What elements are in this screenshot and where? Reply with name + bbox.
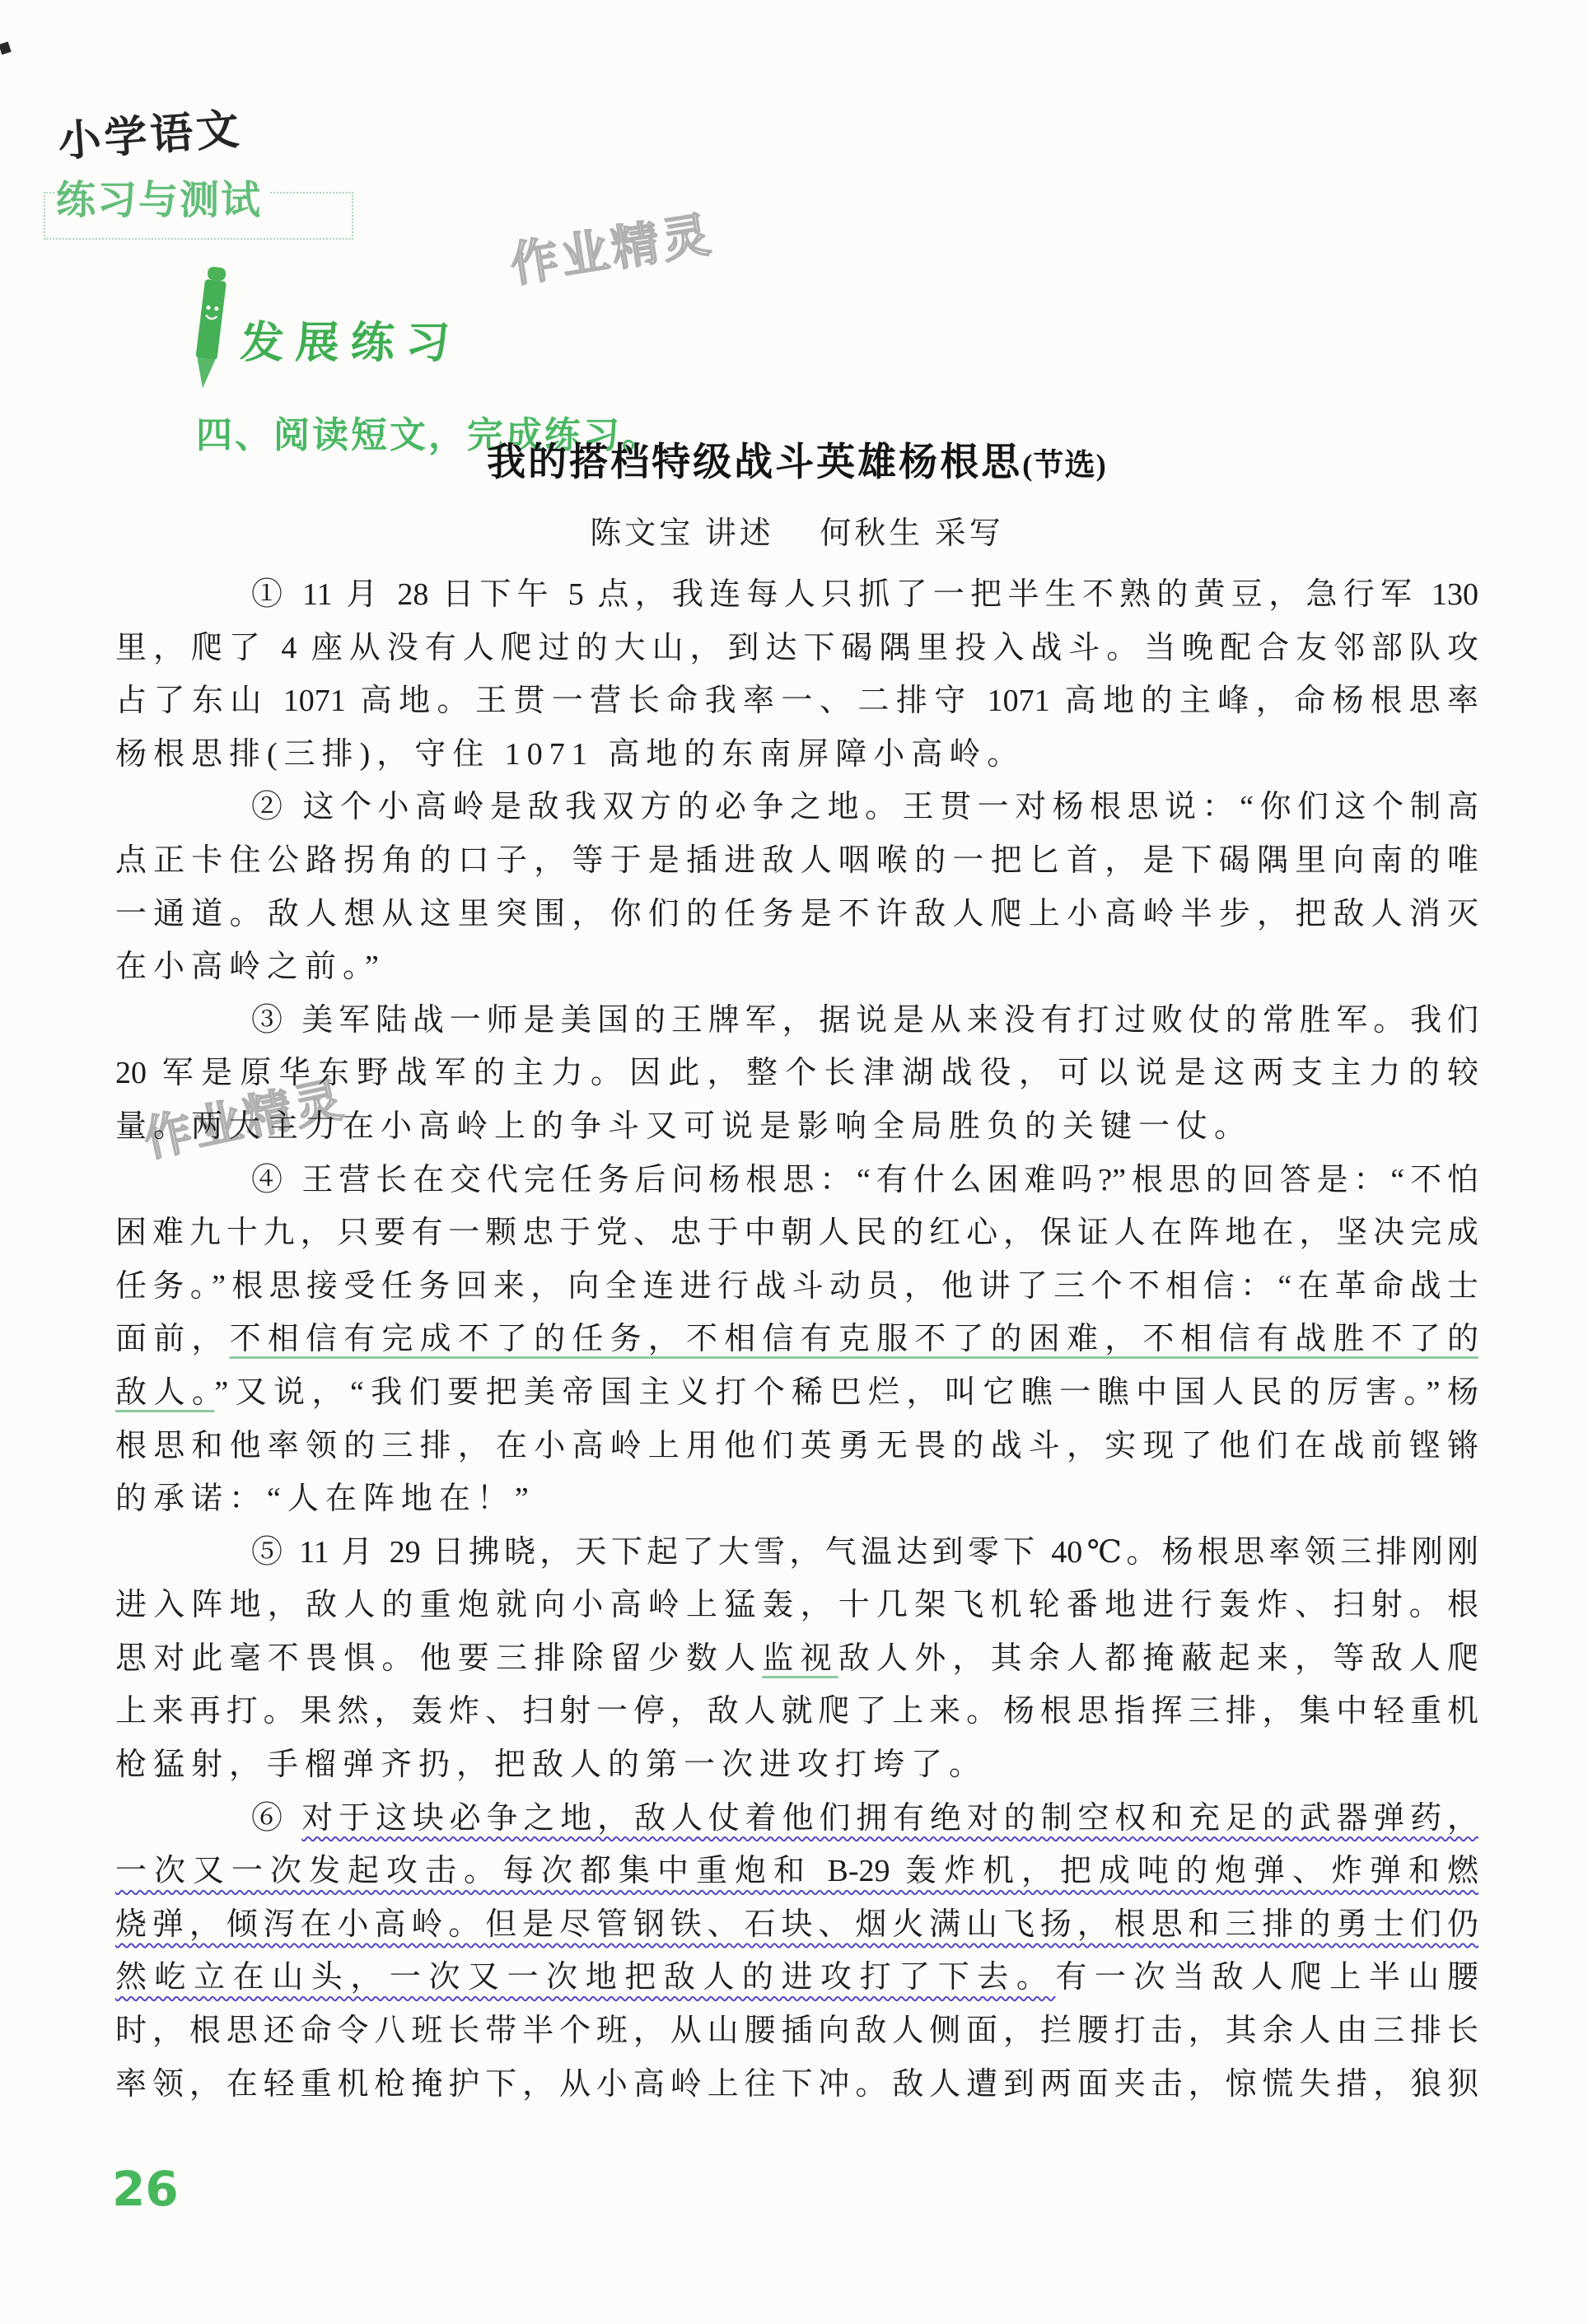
text-line: 里，爬了 4 座从没有人爬过的大山，到达下碣隅里投入战斗。当晚配合友邻部队攻: [115, 622, 1478, 675]
text-segment: ④ 王营长在交代完任务后问杨根思：“有什么困难吗?”根思的回答是：“不怕: [251, 1163, 1478, 1197]
text-line: 根思和他率领的三排，在小高岭上用他们英勇无畏的战斗，实现了他们在战前铿锵: [115, 1420, 1478, 1473]
text-segment: 的承诺：“人在阵地在！”: [115, 1482, 535, 1516]
text-segment: 在小高岭之前。”: [115, 950, 385, 984]
text-segment: 杨根思排(三排)，守住 1071 高地的东南屏障小高岭。: [115, 737, 1025, 772]
text-segment: ⑥: [251, 1801, 301, 1836]
text-segment: 进入阵地，敌人的重炮就向小高岭上猛轰，十几架飞机轮番地进行轰炸、扫射。根: [115, 1588, 1478, 1622]
text-segment: 根思和他率领的三排，在小高岭上用他们英勇无畏的战斗，实现了他们在战前铿锵: [115, 1429, 1478, 1463]
text-segment: 面前，: [115, 1322, 230, 1356]
wavy-underlined-text: 烧弹，倾泻在小高岭。但是尽管钢铁、石块、烟火满山飞扬，根思和三排的勇士们仍: [115, 1907, 1478, 1942]
text-line: 量。两大主力在小高岭上的争斗又可说是影响全局胜负的关键一仗。: [115, 1100, 1478, 1154]
underlined-text: 监视: [762, 1641, 838, 1676]
text-line: 的承诺：“人在阵地在！”: [115, 1472, 1478, 1526]
text-line: 率领，在轻重机枪掩护下，从小高岭上往下冲。敌人遭到两面夹击，惊慌失措，狼狈: [115, 2058, 1478, 2112]
text-segment: 20 军是原华东野战军的主力。因此，整个长津湖战役，可以说是这两支主力的较: [115, 1056, 1478, 1090]
section-header: 发展练习: [239, 308, 463, 371]
text-line: 点正卡住公路拐角的口子，等于是插进敌人咽喉的一把匕首，是下碣隅里向南的唯: [115, 834, 1478, 888]
text-segment: 一通道。敌人想从这里突围，你们的任务是不许敌人爬上小高岭半步，把敌人消灭: [115, 897, 1478, 931]
masthead-subtitle: 练习与测试: [54, 168, 270, 225]
text-line: 一通道。敌人想从这里突围，你们的任务是不许敌人爬上小高岭半步，把敌人消灭: [115, 888, 1478, 941]
text-segment: 上来再打。果然，轰炸、扫射一停，敌人就爬了上来。杨根思指挥三排，集中轻重机: [115, 1694, 1478, 1729]
text-segment: 点正卡住公路拐角的口子，等于是插进敌人咽喉的一把匕首，是下碣隅里向南的唯: [115, 843, 1478, 878]
text-line: ⑤ 11 月 29 日拂晓，天下起了大雪，气温达到零下 40℃。杨根思率领三排刚…: [115, 1526, 1478, 1580]
text-line: ① 11 月 28 日下午 5 点，我连每人只抓了一把半生不熟的黄豆，急行军 1…: [115, 568, 1478, 622]
text-line: 烧弹，倾泻在小高岭。但是尽管钢铁、石块、烟火满山飞扬，根思和三排的勇士们仍: [115, 1898, 1478, 1952]
text-line: 一次又一次发起攻击。每次都集中重炮和 B-29 轰炸机，把成吨的炮弹、炸弹和燃: [115, 1845, 1478, 1898]
page-number: 26: [112, 2161, 179, 2217]
text-segment: ③ 美军陆战一师是美国的王牌军，据说是从来没有打过败仗的常胜军。我们: [251, 1003, 1478, 1038]
text-segment: ”又说，“我们要把美帝国主义打个稀巴烂，叫它瞧一瞧中国人民的厉害。”杨: [214, 1375, 1478, 1410]
article-body: ① 11 月 28 日下午 5 点，我连每人只抓了一把半生不熟的黄豆，急行军 1…: [115, 568, 1478, 2111]
wavy-underlined-text: 一次又一次发起攻击。每次都集中重炮和 B-29 轰炸机，把成吨的炮弹、炸弹和燃: [115, 1854, 1478, 1888]
text-segment: 敌人外，其余人都掩蔽起来，等敌人爬: [838, 1641, 1478, 1676]
text-line: ④ 王营长在交代完任务后问杨根思：“有什么困难吗?”根思的回答是：“不怕: [115, 1154, 1478, 1207]
text-segment: 有一次当敌人爬上半山腰: [1055, 1960, 1478, 1995]
text-line: 面前，不相信有完成不了的任务，不相信有克服不了的困难，不相信有战胜不了的: [115, 1313, 1478, 1366]
text-segment: 占了东山 1071 高地。王贯一营长命我率一、二排守 1071 高地的主峰，命杨…: [115, 684, 1478, 718]
article-title-suffix: (节选): [1022, 449, 1107, 483]
wavy-underlined-text: 对于这块必争之地，敌人仗着他们拥有绝对的制空权和充足的武器弹药，: [301, 1801, 1478, 1836]
text-line: 在小高岭之前。”: [115, 940, 1478, 994]
text-line: 时，根思还命令八班长带半个班，从山腰插向敌人侧面，拦腰打击，其余人由三排长: [115, 2004, 1478, 2058]
underlined-text: 敌人。: [115, 1375, 214, 1410]
text-line: ② 这个小高岭是敌我双方的必争之地。王贯一对杨根思说：“你们这个制高: [115, 781, 1478, 834]
text-line: 上来再打。果然，轰炸、扫射一停，敌人就爬了上来。杨根思指挥三排，集中轻重机: [115, 1685, 1478, 1738]
scan-artifact-mark: [0, 41, 12, 54]
text-segment: 困难九十九，只要有一颗忠于党、忠于中朝人民的红心，保证人在阵地在，坚决完成: [115, 1216, 1478, 1250]
text-segment: 时，根思还命令八班长带半个班，从山腰插向敌人侧面，拦腰打击，其余人由三排长: [115, 2014, 1478, 2048]
text-line: 占了东山 1071 高地。王贯一营长命我率一、二排守 1071 高地的主峰，命杨…: [115, 674, 1478, 728]
text-line: 困难九十九，只要有一颗忠于党、忠于中朝人民的红心，保证人在阵地在，坚决完成: [115, 1206, 1478, 1260]
watermark-text: 作业精灵: [505, 195, 717, 296]
wavy-underlined-text: 然屹立在山头，一次又一次地把敌人的进攻打了下去。: [115, 1960, 1055, 1995]
text-segment: ① 11 月 28 日下午 5 点，我连每人只抓了一把半生不熟的黄豆，急行军 1…: [251, 577, 1478, 612]
text-segment: 任务。”根思接受任务回来，向全连进行战斗动员，他讲了三个不相信：“在革命战士: [115, 1269, 1478, 1304]
text-line: 20 军是原华东野战军的主力。因此，整个长津湖战役，可以说是这两支主力的较: [115, 1047, 1478, 1100]
text-line: 进入阵地，敌人的重炮就向小高岭上猛轰，十几架飞机轮番地进行轰炸、扫射。根: [115, 1579, 1478, 1632]
article-title: 我的搭档特级战斗英雄杨根思(节选): [115, 432, 1478, 487]
text-line: 任务。”根思接受任务回来，向全连进行战斗动员，他讲了三个不相信：“在革命战士: [115, 1260, 1478, 1314]
text-line: ⑥ 对于这块必争之地，敌人仗着他们拥有绝对的制空权和充足的武器弹药，: [115, 1792, 1478, 1846]
text-segment: 里，爬了 4 座从没有人爬过的大山，到达下碣隅里投入战斗。当晚配合友邻部队攻: [115, 631, 1478, 665]
underlined-text: 不相信有完成不了的任务，不相信有克服不了的困难，不相信有战胜不了的: [230, 1322, 1478, 1356]
text-segment: 率领，在轻重机枪掩护下，从小高岭上往下冲。敌人遭到两面夹击，惊慌失措，狼狈: [115, 2067, 1478, 2102]
text-line: 思对此毫不畏惧。他要三排除留少数人监视敌人外，其余人都掩蔽起来，等敌人爬: [115, 1632, 1478, 1686]
article-byline: 陈文宝 讲述 何秋生 采写: [115, 507, 1478, 553]
scanned-workbook-page: 小学语文 练习与测试 作业精灵 作业精灵 发展练习 四、阅读短文，完成练习。 我…: [0, 0, 1588, 2324]
text-segment: ⑤ 11 月 29 日拂晓，天下起了大雪，气温达到零下 40℃。杨根思率领三排刚…: [251, 1535, 1478, 1570]
text-line: 敌人。”又说，“我们要把美帝国主义打个稀巴烂，叫它瞧一瞧中国人民的厉害。”杨: [115, 1366, 1478, 1420]
text-line: ③ 美军陆战一师是美国的王牌军，据说是从来没有打过败仗的常胜军。我们: [115, 994, 1478, 1048]
text-line: 枪猛射，手榴弹齐扔，把敌人的第一次进攻打垮了。: [115, 1738, 1478, 1792]
text-segment: ② 这个小高岭是敌我双方的必争之地。王贯一对杨根思说：“你们这个制高: [251, 790, 1478, 824]
masthead-series-title: 小学语文: [56, 94, 245, 168]
pencil-icon: [187, 264, 233, 391]
text-line: 杨根思排(三排)，守住 1071 高地的东南屏障小高岭。: [115, 728, 1478, 782]
text-segment: 枪猛射，手榴弹齐扔，把敌人的第一次进攻打垮了。: [115, 1748, 987, 1782]
article-title-main: 我的搭档特级战斗英雄杨根思: [487, 441, 1022, 484]
text-line: 然屹立在山头，一次又一次地把敌人的进攻打了下去。有一次当敌人爬上半山腰: [115, 1951, 1478, 2004]
text-segment: 量。两大主力在小高岭上的争斗又可说是影响全局胜负的关键一仗。: [115, 1109, 1252, 1144]
text-segment: 思对此毫不畏惧。他要三排除留少数人: [115, 1641, 762, 1676]
